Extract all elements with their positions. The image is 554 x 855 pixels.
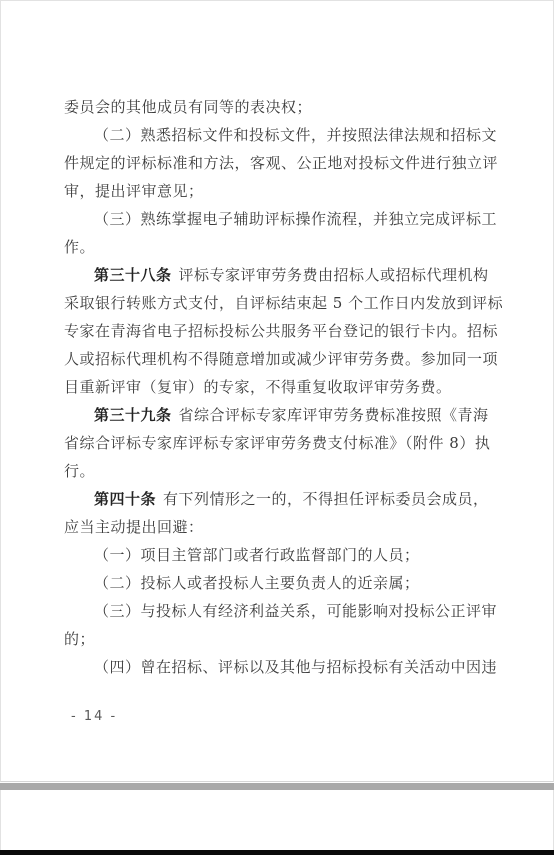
text-line: （一）项目主管部门或者行政监督部门的人员； bbox=[64, 541, 487, 569]
page-text: 委员会的其他成员有同等的表决权；（二）熟悉招标文件和投标文件，并按照法律法规和招… bbox=[64, 93, 487, 681]
article-number: 第四十条 bbox=[94, 490, 156, 508]
document-viewer: 委员会的其他成员有同等的表决权；（二）熟悉招标文件和投标文件，并按照法律法规和招… bbox=[0, 0, 554, 855]
text-line: （三）与投标人有经济利益关系，可能影响对投标公正评审 bbox=[64, 597, 487, 625]
page-number: - 14 - bbox=[71, 707, 117, 727]
page-separator bbox=[0, 783, 554, 790]
document-page: 委员会的其他成员有同等的表决权；（二）熟悉招标文件和投标文件，并按照法律法规和招… bbox=[0, 0, 554, 782]
article-number: 第三十八条 bbox=[94, 266, 172, 284]
text-line: 第三十九条省综合评标专家库评审劳务费标准按照《青海 bbox=[64, 401, 487, 429]
text-line: 应当主动提出回避： bbox=[64, 513, 487, 541]
text-line: （四）曾在招标、评标以及其他与招标投标有关活动中因违 bbox=[64, 653, 487, 681]
text-line: 的； bbox=[64, 625, 487, 653]
text-line: （二）熟悉招标文件和投标文件，并按照法律法规和招标文 bbox=[64, 121, 487, 149]
text-line: 第四十条有下列情形之一的，不得担任评标委员会成员， bbox=[64, 485, 487, 513]
text-line: （三）熟练掌握电子辅助评标操作流程，并独立完成评标工 bbox=[64, 205, 487, 233]
text-line: 审，提出评审意见； bbox=[64, 177, 487, 205]
text-line: 行。 bbox=[64, 457, 487, 485]
article-number: 第三十九条 bbox=[94, 406, 172, 424]
text-line: 作。 bbox=[64, 233, 487, 261]
text-line: 专家在青海省电子招标投标公共服务平台登记的银行卡内。招标 bbox=[64, 317, 487, 345]
text-line: 委员会的其他成员有同等的表决权； bbox=[64, 93, 487, 121]
text-line: 目重新评审（复审）的专家，不得重复收取评审劳务费。 bbox=[64, 373, 487, 401]
text-line: 采取银行转账方式支付，自评标结束起 5 个工作日内发放到评标 bbox=[64, 289, 487, 317]
text-line: 省综合评标专家库评标专家评审劳务费支付标准》（附件 8）执 bbox=[64, 429, 487, 457]
viewer-bottom-bar bbox=[0, 850, 554, 855]
next-page-top bbox=[0, 790, 554, 850]
text-line: 第三十八条评标专家评审劳务费由招标人或招标代理机构 bbox=[64, 261, 487, 289]
text-line: 件规定的评标标准和方法，客观、公正地对投标文件进行独立评 bbox=[64, 149, 487, 177]
text-line: （二）投标人或者投标人主要负责人的近亲属； bbox=[64, 569, 487, 597]
text-line: 人或招标代理机构不得随意增加或减少评审劳务费。参加同一项 bbox=[64, 345, 487, 373]
